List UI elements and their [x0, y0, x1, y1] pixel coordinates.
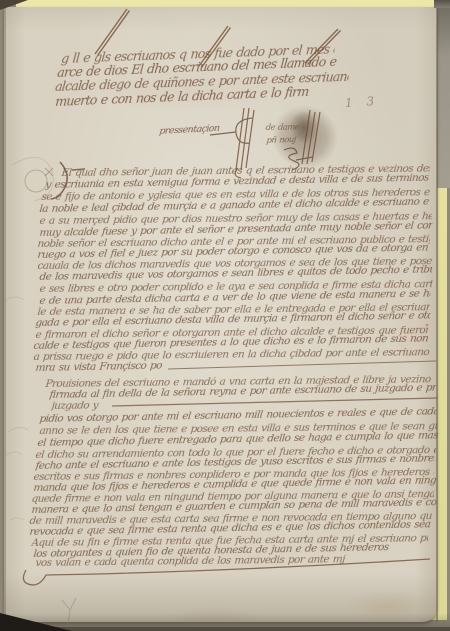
dark-corner-top-right — [434, 0, 450, 8]
page-left-edge — [4, 7, 6, 619]
scanned-folio: g ll e gls escriuanos q nos fue dado por… — [0, 0, 450, 631]
backing-board — [436, 0, 450, 188]
docket-note: de dame — [265, 122, 312, 133]
folio-number: 1 3 — [345, 94, 380, 110]
docket-note: pñ nouj — [266, 134, 313, 146]
page-right-edge — [436, 4, 438, 622]
text-line: juzgado y — [51, 400, 112, 413]
